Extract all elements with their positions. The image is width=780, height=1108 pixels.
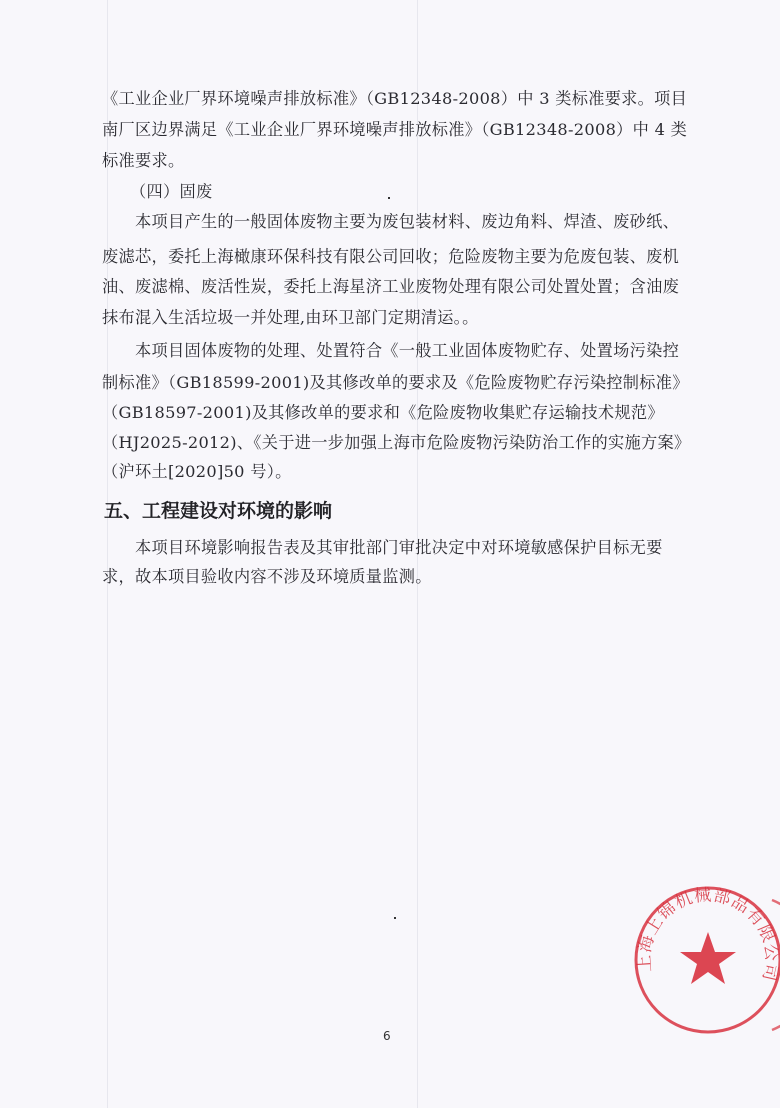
scan-dot — [394, 917, 396, 919]
text-line: （GB18597-2001)及其修改单的要求和《危险废物收集贮存运输技术规范》 — [102, 403, 664, 423]
text-line: 本项目产生的一般固体废物主要为废包装材料、废边角料、焊渣、废砂纸、 — [135, 212, 679, 232]
text-line: 本项目环境影响报告表及其审批部门审批决定中对环境敏感保护目标无要 — [135, 538, 663, 558]
text-line: 南厂区边界满足《工业企业厂界环境噪声排放标准》（GB12348-2008）中 4… — [102, 120, 687, 140]
star-icon — [680, 932, 736, 984]
page-number: 6 — [383, 1029, 391, 1043]
seam-stamp-partial — [770, 895, 780, 1035]
scan-dot — [388, 197, 390, 199]
text-line: 制标准》（GB18599-2001)及其修改单的要求及《危险废物贮存污染控制标准… — [102, 373, 689, 393]
text-line: 废滤芯，委托上海橄康环保科技有限公司回收；危险废物主要为危废包装、废机 — [102, 247, 679, 267]
text-line: 求，故本项目验收内容不涉及环境质量监测。 — [102, 567, 432, 587]
document-page: 《工业企业厂界环境噪声排放标准》（GB12348-2008）中 3 类标准要求。… — [0, 0, 780, 1108]
company-seal-stamp: 上海上锦机械部品有限公司 — [628, 880, 780, 1040]
text-line: （沪环土[2020]50 号）。 — [102, 462, 292, 482]
text-line: 油、废滤棉、废活性炭，委托上海星济工业废物处理有限公司处置处置；含油废 — [102, 277, 679, 297]
text-line: 抹布混入生活垃圾一并处理,由环卫部门定期清运。。 — [102, 308, 479, 328]
text-line: 本项目固体废物的处理、处置符合《一般工业固体废物贮存、处置场污染控 — [135, 341, 679, 361]
text-line: 《工业企业厂界环境噪声排放标准》（GB12348-2008）中 3 类标准要求。… — [102, 89, 687, 109]
section-heading: 五、工程建设对环境的影响 — [104, 499, 332, 523]
text-line: 标准要求。 — [102, 151, 184, 171]
subheading-solid-waste: （四）固废 — [130, 182, 212, 202]
text-line: （HJ2025-2012)、《关于进一步加强上海市危险废物污染防治工作的实施方案… — [102, 433, 690, 453]
